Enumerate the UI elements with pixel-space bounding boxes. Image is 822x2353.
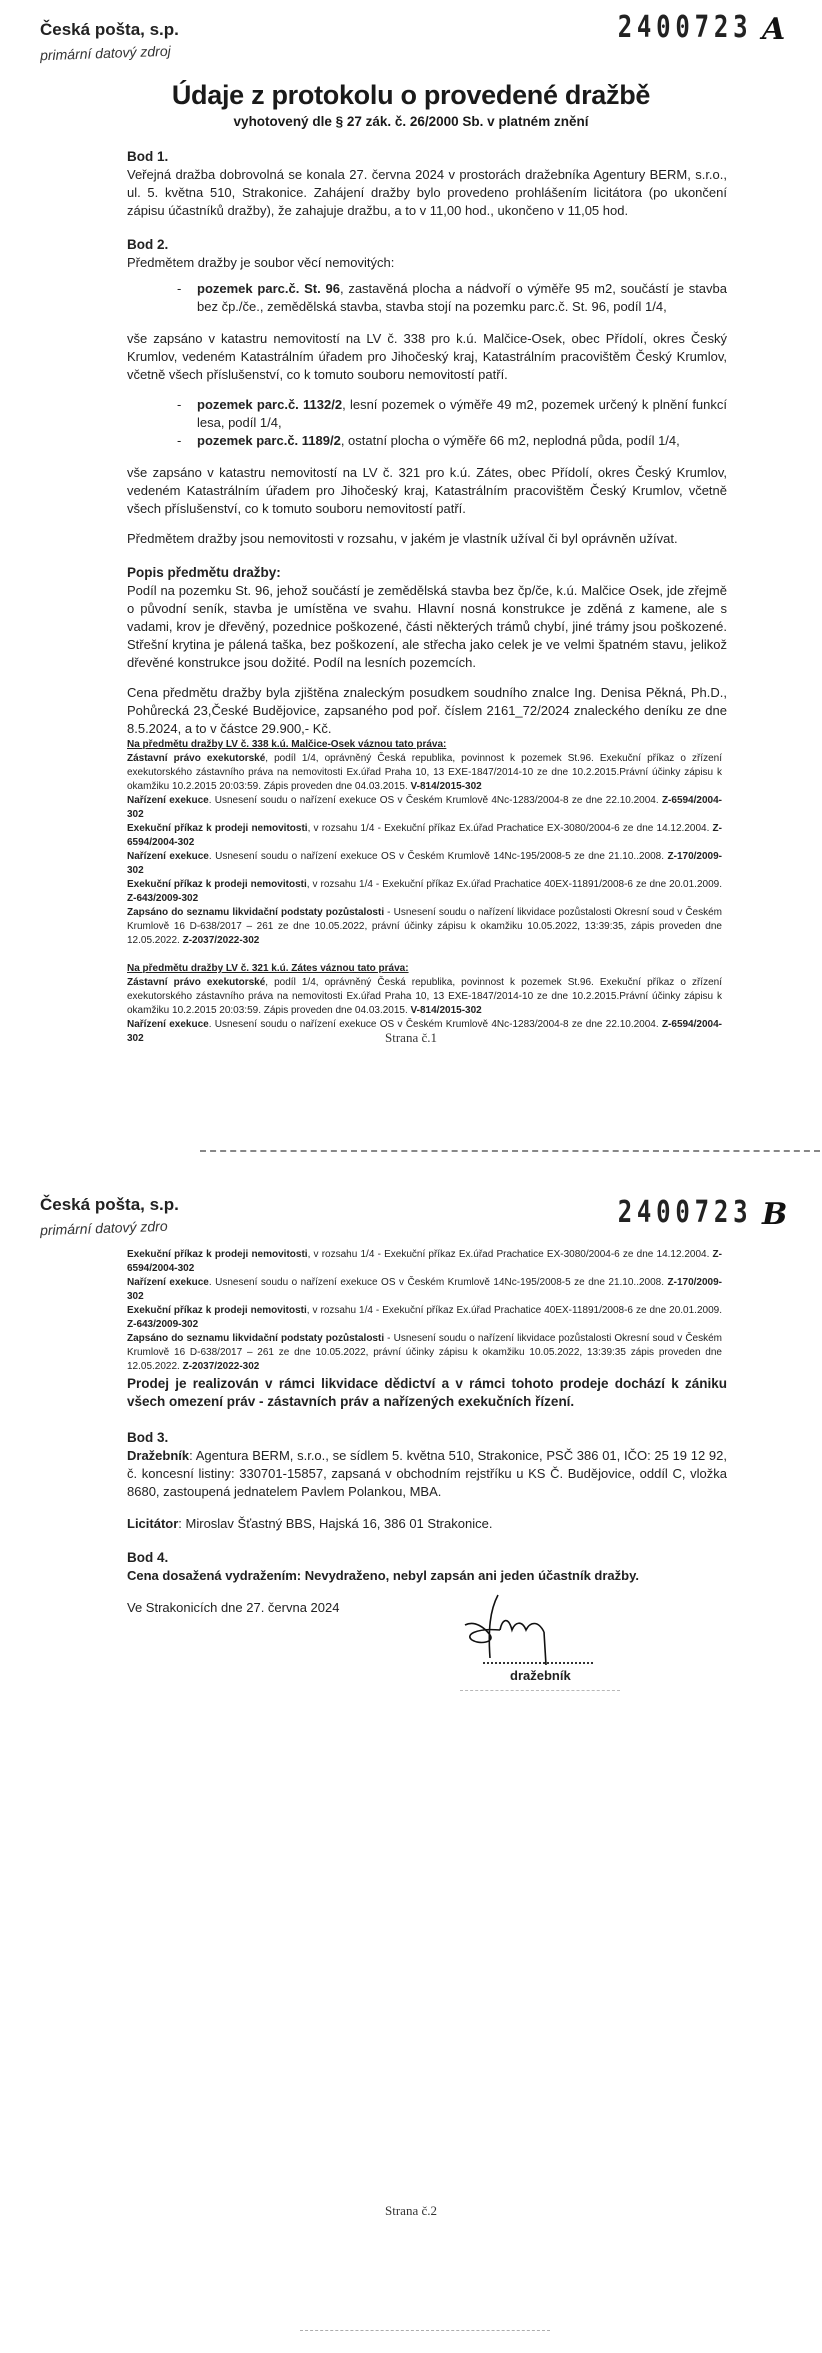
description-heading: Popis předmětu dražby: [127,564,727,582]
scope-statement: Předmětem dražby jsou nemovitosti v rozs… [127,530,727,548]
auctioneer-info: Dražebník: Agentura BERM, s.r.o., se síd… [127,1447,727,1501]
encumbrance-entry: Zástavní právo exekutorské, podíl 1/4, o… [127,976,722,1018]
list-item: pozemek parc.č. St. 96, zastavěná plocha… [177,280,727,316]
encumbrance-entry: Exekuční příkaz k prodeji nemovitosti, v… [127,822,722,850]
encumbrance-entry: Nařízení exekuce. Usnesení soudu o naříz… [127,850,722,878]
signature-icon [460,1590,580,1665]
licitator-info: Licitátor: Miroslav Šťastný BBS, Hajská … [127,1515,727,1533]
bod1-heading: Bod 1. [127,148,727,166]
document-number-page2: 2400723 [617,1195,752,1230]
page-separator [200,1150,820,1154]
description-text: Podíl na pozemku St. 96, jehož součástí … [127,582,727,672]
liquidation-note: Prodej je realizován v rámci likvidace d… [127,1375,727,1411]
encumbrance-entry: Nařízení exekuce. Usnesení soudu o naříz… [127,794,722,822]
encumbrance-entry: Zástavní právo exekutorské, podíl 1/4, o… [127,752,722,794]
data-source-label: primární datový zdroj [40,43,171,64]
organization-name-page2: Česká pošta, s.p. [40,1195,179,1215]
page-subtitle: vyhotovený dle § 27 zák. č. 26/2000 Sb. … [0,114,822,129]
organization-name: Česká pošta, s.p. [40,20,179,40]
place-date: Ve Strakonicích dne 27. června 2024 [127,1600,339,1615]
encumbrance-entry: Exekuční příkaz k prodeji nemovitosti, v… [127,1248,722,1276]
encumbrance-entry: Zapsáno do seznamu likvidační podstaty p… [127,1332,722,1374]
document-number-block: 2400723 [584,10,752,45]
page-mark: A [762,12,785,47]
encumbrances-lv338-heading: Na předmětu dražby LV č. 338 k.ú. Malčic… [127,738,722,752]
bod4-heading: Bod 4. [127,1549,727,1567]
page-number-2: Strana č.2 [0,2203,822,2219]
encumbrance-entry: Zapsáno do seznamu likvidační podstaty p… [127,906,722,948]
encumbrances-lv321-heading: Na předmětu dražby LV č. 321 k.ú. Zátes … [127,962,722,976]
signature-line [483,1662,593,1664]
document-body-page2: Prodej je realizován v rámci likvidace d… [127,1375,727,1597]
bod4-result: Cena dosažená vydražením: Nevydraženo, n… [127,1567,727,1585]
bod2-intro: Předmětem dražby je soubor věcí nemovitý… [127,254,727,272]
encumbrance-entry: Nařízení exekuce. Usnesení soudu o naříz… [127,1276,722,1304]
encumbrances-page2: Exekuční příkaz k prodeji nemovitosti, v… [127,1248,722,1374]
page-mark-page2: B [762,1197,787,1232]
page-bottom-edge [300,2330,550,2331]
document-number: 2400723 [617,10,752,45]
encumbrance-entry: Exekuční příkaz k prodeji nemovitosti, v… [127,1304,722,1332]
registry-lv321: vše zapsáno v katastru nemovitostí na LV… [127,464,727,518]
bod1-text: Veřejná dražba dobrovolná se konala 27. … [127,166,727,220]
signature-label: dražebník [510,1668,571,1683]
property-list-lv321: pozemek parc.č. 1132/2, lesní pozemek o … [127,396,727,450]
bod2-heading: Bod 2. [127,236,727,254]
list-item: pozemek parc.č. 1132/2, lesní pozemek o … [177,396,727,432]
price-text: Cena předmětu dražby byla zjištěna znale… [127,684,727,738]
bod3-heading: Bod 3. [127,1429,727,1447]
registry-lv338: vše zapsáno v katastru nemovitostí na LV… [127,330,727,384]
encumbrances-page1: Na předmětu dražby LV č. 338 k.ú. Malčic… [127,738,722,1060]
property-list-lv338: pozemek parc.č. St. 96, zastavěná plocha… [127,280,727,316]
list-item: pozemek parc.č. 1189/2, ostatní plocha o… [177,432,727,450]
stamp-residue [460,1690,620,1691]
document-number-block-page2: 2400723 [584,1195,752,1230]
encumbrances-lv338: Na předmětu dražby LV č. 338 k.ú. Malčic… [127,738,722,948]
page-number-1: Strana č.1 [0,1030,822,1046]
page-title: Údaje z protokolu o provedené dražbě [0,80,822,111]
encumbrance-entry: Exekuční příkaz k prodeji nemovitosti, v… [127,878,722,906]
document-body-page1: Bod 1. Veřejná dražba dobrovolná se kona… [127,148,727,750]
data-source-label-page2: primární datový zdro [40,1218,168,1238]
